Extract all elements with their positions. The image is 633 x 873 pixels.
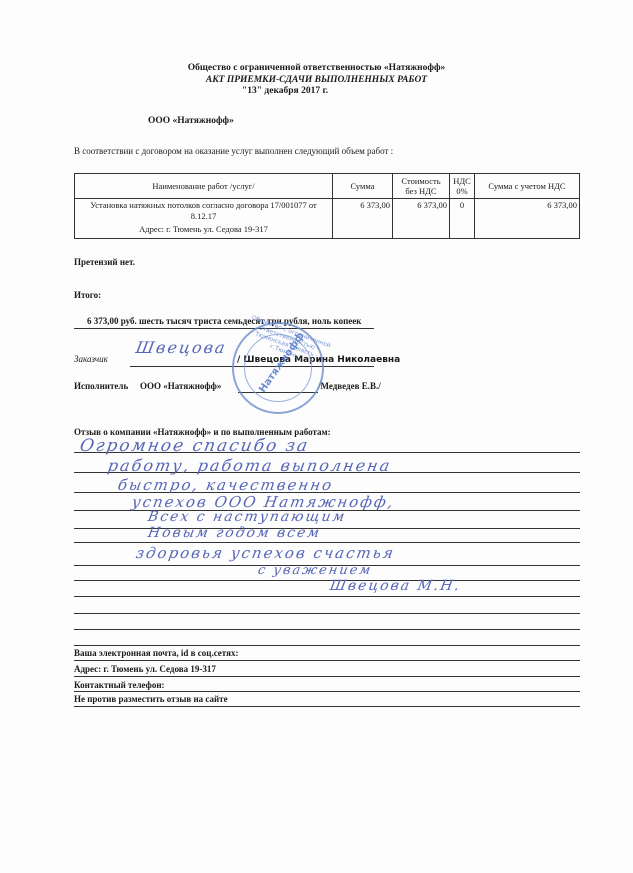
cell-cost-no-vat: 6 373,00: [393, 199, 450, 239]
publish-consent-text: Не против разместить отзыв на сайте: [74, 694, 228, 704]
review-handwriting-line: Новым годом всем: [147, 525, 323, 541]
review-handwriting-line: с уважением: [257, 563, 374, 578]
work-address: Адрес: г. Тюмень ул. Седова 19-317: [77, 224, 330, 235]
col-header-name: Наименование работ /услуг/: [75, 174, 333, 199]
col-header-sum: Сумма: [333, 174, 393, 199]
company-stamp: Общество с ограниченной ответственностью…: [232, 322, 324, 414]
address-line: [74, 676, 580, 677]
phone-line: [74, 691, 580, 692]
cell-sum: 6 373,00: [333, 199, 393, 239]
review-line-11: [74, 629, 580, 630]
address-field: Адрес: г. Тюмень ул. Седова 19-317: [74, 664, 216, 674]
total-label: Итого:: [74, 290, 101, 300]
review-handwriting-line: Швецова М.Н.: [329, 578, 463, 594]
review-line-6: [74, 542, 580, 543]
claims-text: Претензий нет.: [74, 257, 135, 267]
review-line-9: [74, 596, 580, 597]
table-header-row: Наименование работ /услуг/ Сумма Стоимос…: [75, 174, 580, 199]
review-line-10: [74, 613, 580, 614]
review-line-8: [74, 580, 580, 581]
col-header-vat: НДС 0%: [450, 174, 475, 199]
company-full-name: Общество с ограниченной ответственностью…: [0, 62, 633, 74]
phone-field-label: Контактный телефон:: [74, 680, 165, 690]
consent-line: [74, 706, 580, 707]
act-date: "13" декабря 2017 г.: [242, 86, 328, 96]
cell-name: Установка натяжных потолков согласно дог…: [75, 199, 333, 239]
review-handwriting-line: здоровья успехов счастья: [134, 544, 396, 562]
intro-text: В соответствии с договором на оказание у…: [74, 146, 393, 156]
email-field-label: Ваша электронная почта, id в соц.сетях:: [74, 648, 238, 658]
cell-sum-with-vat: 6 373,00: [475, 199, 580, 239]
customer-label: Заказчик: [74, 354, 108, 364]
review-handwriting-line: работу, работа выполнена: [106, 456, 393, 475]
contractor-org: ООО «Натяжнофф»: [140, 381, 221, 391]
contractor-name: /Медведев Е.В./: [318, 381, 381, 391]
col-header-sum-with-vat: Сумма с учетом НДС: [475, 174, 580, 199]
table-row: Установка натяжных потолков согласно дог…: [75, 199, 580, 239]
act-title: АКТ ПРИЕМКИ-СДАЧИ ВЫПОЛНЕННЫХ РАБОТ: [0, 74, 633, 86]
review-line-12: [74, 645, 580, 646]
company-short-name: ООО «Натяжнофф»: [148, 116, 234, 126]
total-amount-words: 6 373,00 руб. шесть тысяч триста семьдес…: [87, 316, 361, 326]
email-line: [74, 660, 580, 661]
total-underline: [74, 328, 374, 329]
cell-vat: 0: [450, 199, 475, 239]
contractor-label: Исполнитель: [74, 381, 128, 391]
works-table: Наименование работ /услуг/ Сумма Стоимос…: [74, 173, 580, 239]
review-handwriting-line: быстро, качественно: [116, 476, 334, 494]
review-handwriting-line: Огромное спасибо за: [78, 436, 311, 456]
col-header-cost-no-vat: Стоимость без НДС: [393, 174, 450, 199]
work-description: Установка натяжных потолков согласно дог…: [77, 200, 330, 221]
review-handwriting-line: Всех с наступающим: [147, 509, 348, 525]
customer-signature: Швецова: [134, 338, 228, 357]
